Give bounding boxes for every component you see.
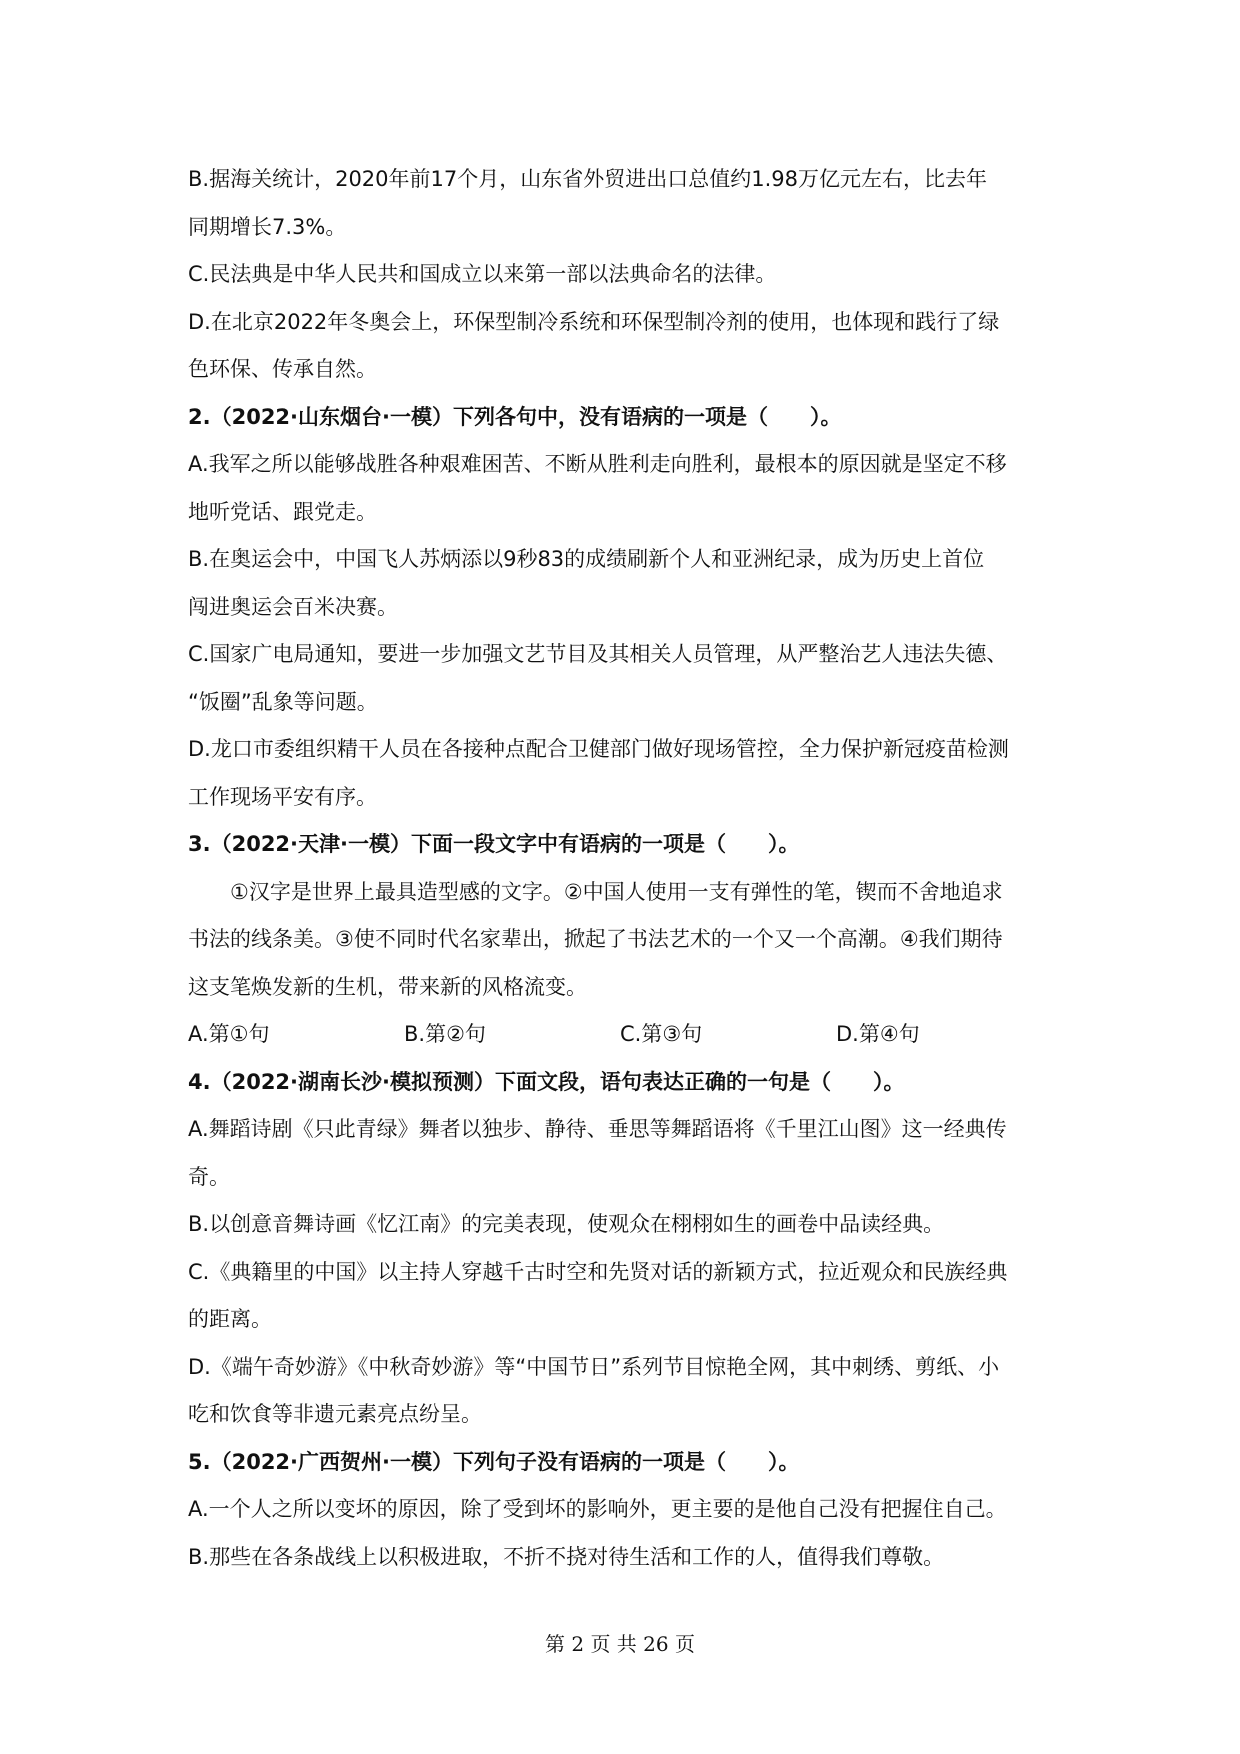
- page-footer: 第 2 页 共 26 页: [0, 1628, 1240, 1657]
- option-line: C.国家广电局通知，要进一步加强文艺节目及其相关人员管理，从严整治艺人违法失德、: [188, 631, 1058, 679]
- option-line: C.民法典是中华人民共和国成立以来第一部以法典命名的法律。: [188, 251, 1058, 299]
- option-line: C.《典籍里的中国》以主持人穿越千古时空和先贤对话的新颖方式，拉近观众和民族经典: [188, 1249, 1058, 1297]
- question-title: 5.（2022·广西贺州·一模）下列句子没有语病的一项是（ ）。: [188, 1439, 1058, 1487]
- option-line: B.以创意音舞诗画《忆江南》的完美表现，使观众在栩栩如生的画卷中品读经典。: [188, 1201, 1058, 1249]
- question-title: 2.（2022·山东烟台·一模）下列各句中，没有语病的一项是（ ）。: [188, 394, 1058, 442]
- option-line: 的距离。: [188, 1296, 1058, 1344]
- option-line: B.在奥运会中，中国飞人苏炳添以9秒83的成绩刷新个人和亚洲纪录，成为历史上首位: [188, 536, 1058, 584]
- option-line: 闯进奥运会百米决赛。: [188, 584, 1058, 632]
- option-line: 奇。: [188, 1154, 1058, 1202]
- option-line: D.在北京2022年冬奥会上，环保型制冷系统和环保型制冷剂的使用，也体现和践行了…: [188, 299, 1058, 347]
- option-line: D.《端午奇妙游》《中秋奇妙游》等“中国节日”系列节目惊艳全网，其中刺绣、剪纸、…: [188, 1344, 1058, 1392]
- option-line: D.龙口市委组织精干人员在各接种点配合卫健部门做好现场管控，全力保护新冠疫苗检测: [188, 726, 1058, 774]
- document-page: B.据海关统计，2020年前17个月，山东省外贸进出口总值约1.98万亿元左右，…: [0, 0, 1240, 1754]
- choice-c: C.第③句: [620, 1011, 836, 1059]
- passage-line: 书法的线条美。③使不同时代名家辈出，掀起了书法艺术的一个又一个高潮。④我们期待: [188, 916, 1058, 964]
- option-line: 地听党话、跟党走。: [188, 489, 1058, 537]
- question-title: 3.（2022·天津·一模）下面一段文字中有语病的一项是（ ）。: [188, 821, 1058, 869]
- option-line: 工作现场平安有序。: [188, 774, 1058, 822]
- option-line: A.舞蹈诗剧《只此青绿》舞者以独步、静待、垂思等舞蹈语将《千里江山图》这一经典传: [188, 1106, 1058, 1154]
- option-line: B.据海关统计，2020年前17个月，山东省外贸进出口总值约1.98万亿元左右，…: [188, 156, 1058, 204]
- option-line: A.我军之所以能够战胜各种艰难困苦、不断从胜利走向胜利，最根本的原因就是坚定不移: [188, 441, 1058, 489]
- option-line: B.那些在各条战线上以积极进取，不折不挠对待生活和工作的人，值得我们尊敬。: [188, 1534, 1058, 1582]
- option-line: 同期增长7.3%。: [188, 204, 1058, 252]
- choice-a: A.第①句: [188, 1011, 404, 1059]
- option-line: A.一个人之所以变坏的原因，除了受到坏的影响外，更主要的是他自己没有把握住自己。: [188, 1486, 1058, 1534]
- option-line: “饭圈”乱象等问题。: [188, 679, 1058, 727]
- passage-line: 这支笔焕发新的生机，带来新的风格流变。: [188, 964, 1058, 1012]
- question-title: 4.（2022·湖南长沙·模拟预测）下面文段，语句表达正确的一句是（ ）。: [188, 1059, 1058, 1107]
- page-content: B.据海关统计，2020年前17个月，山东省外贸进出口总值约1.98万亿元左右，…: [188, 156, 1058, 1581]
- choice-d: D.第④句: [836, 1011, 1052, 1059]
- passage-line: ①汉字是世界上最具造型感的文字。②中国人使用一支有弹性的笔，锲而不舍地追求: [188, 869, 1058, 917]
- choice-b: B.第②句: [404, 1011, 620, 1059]
- option-line: 色环保、传承自然。: [188, 346, 1058, 394]
- option-line: 吃和饮食等非遗元素亮点纷呈。: [188, 1391, 1058, 1439]
- answer-choices: A.第①句 B.第②句 C.第③句 D.第④句: [188, 1011, 1058, 1059]
